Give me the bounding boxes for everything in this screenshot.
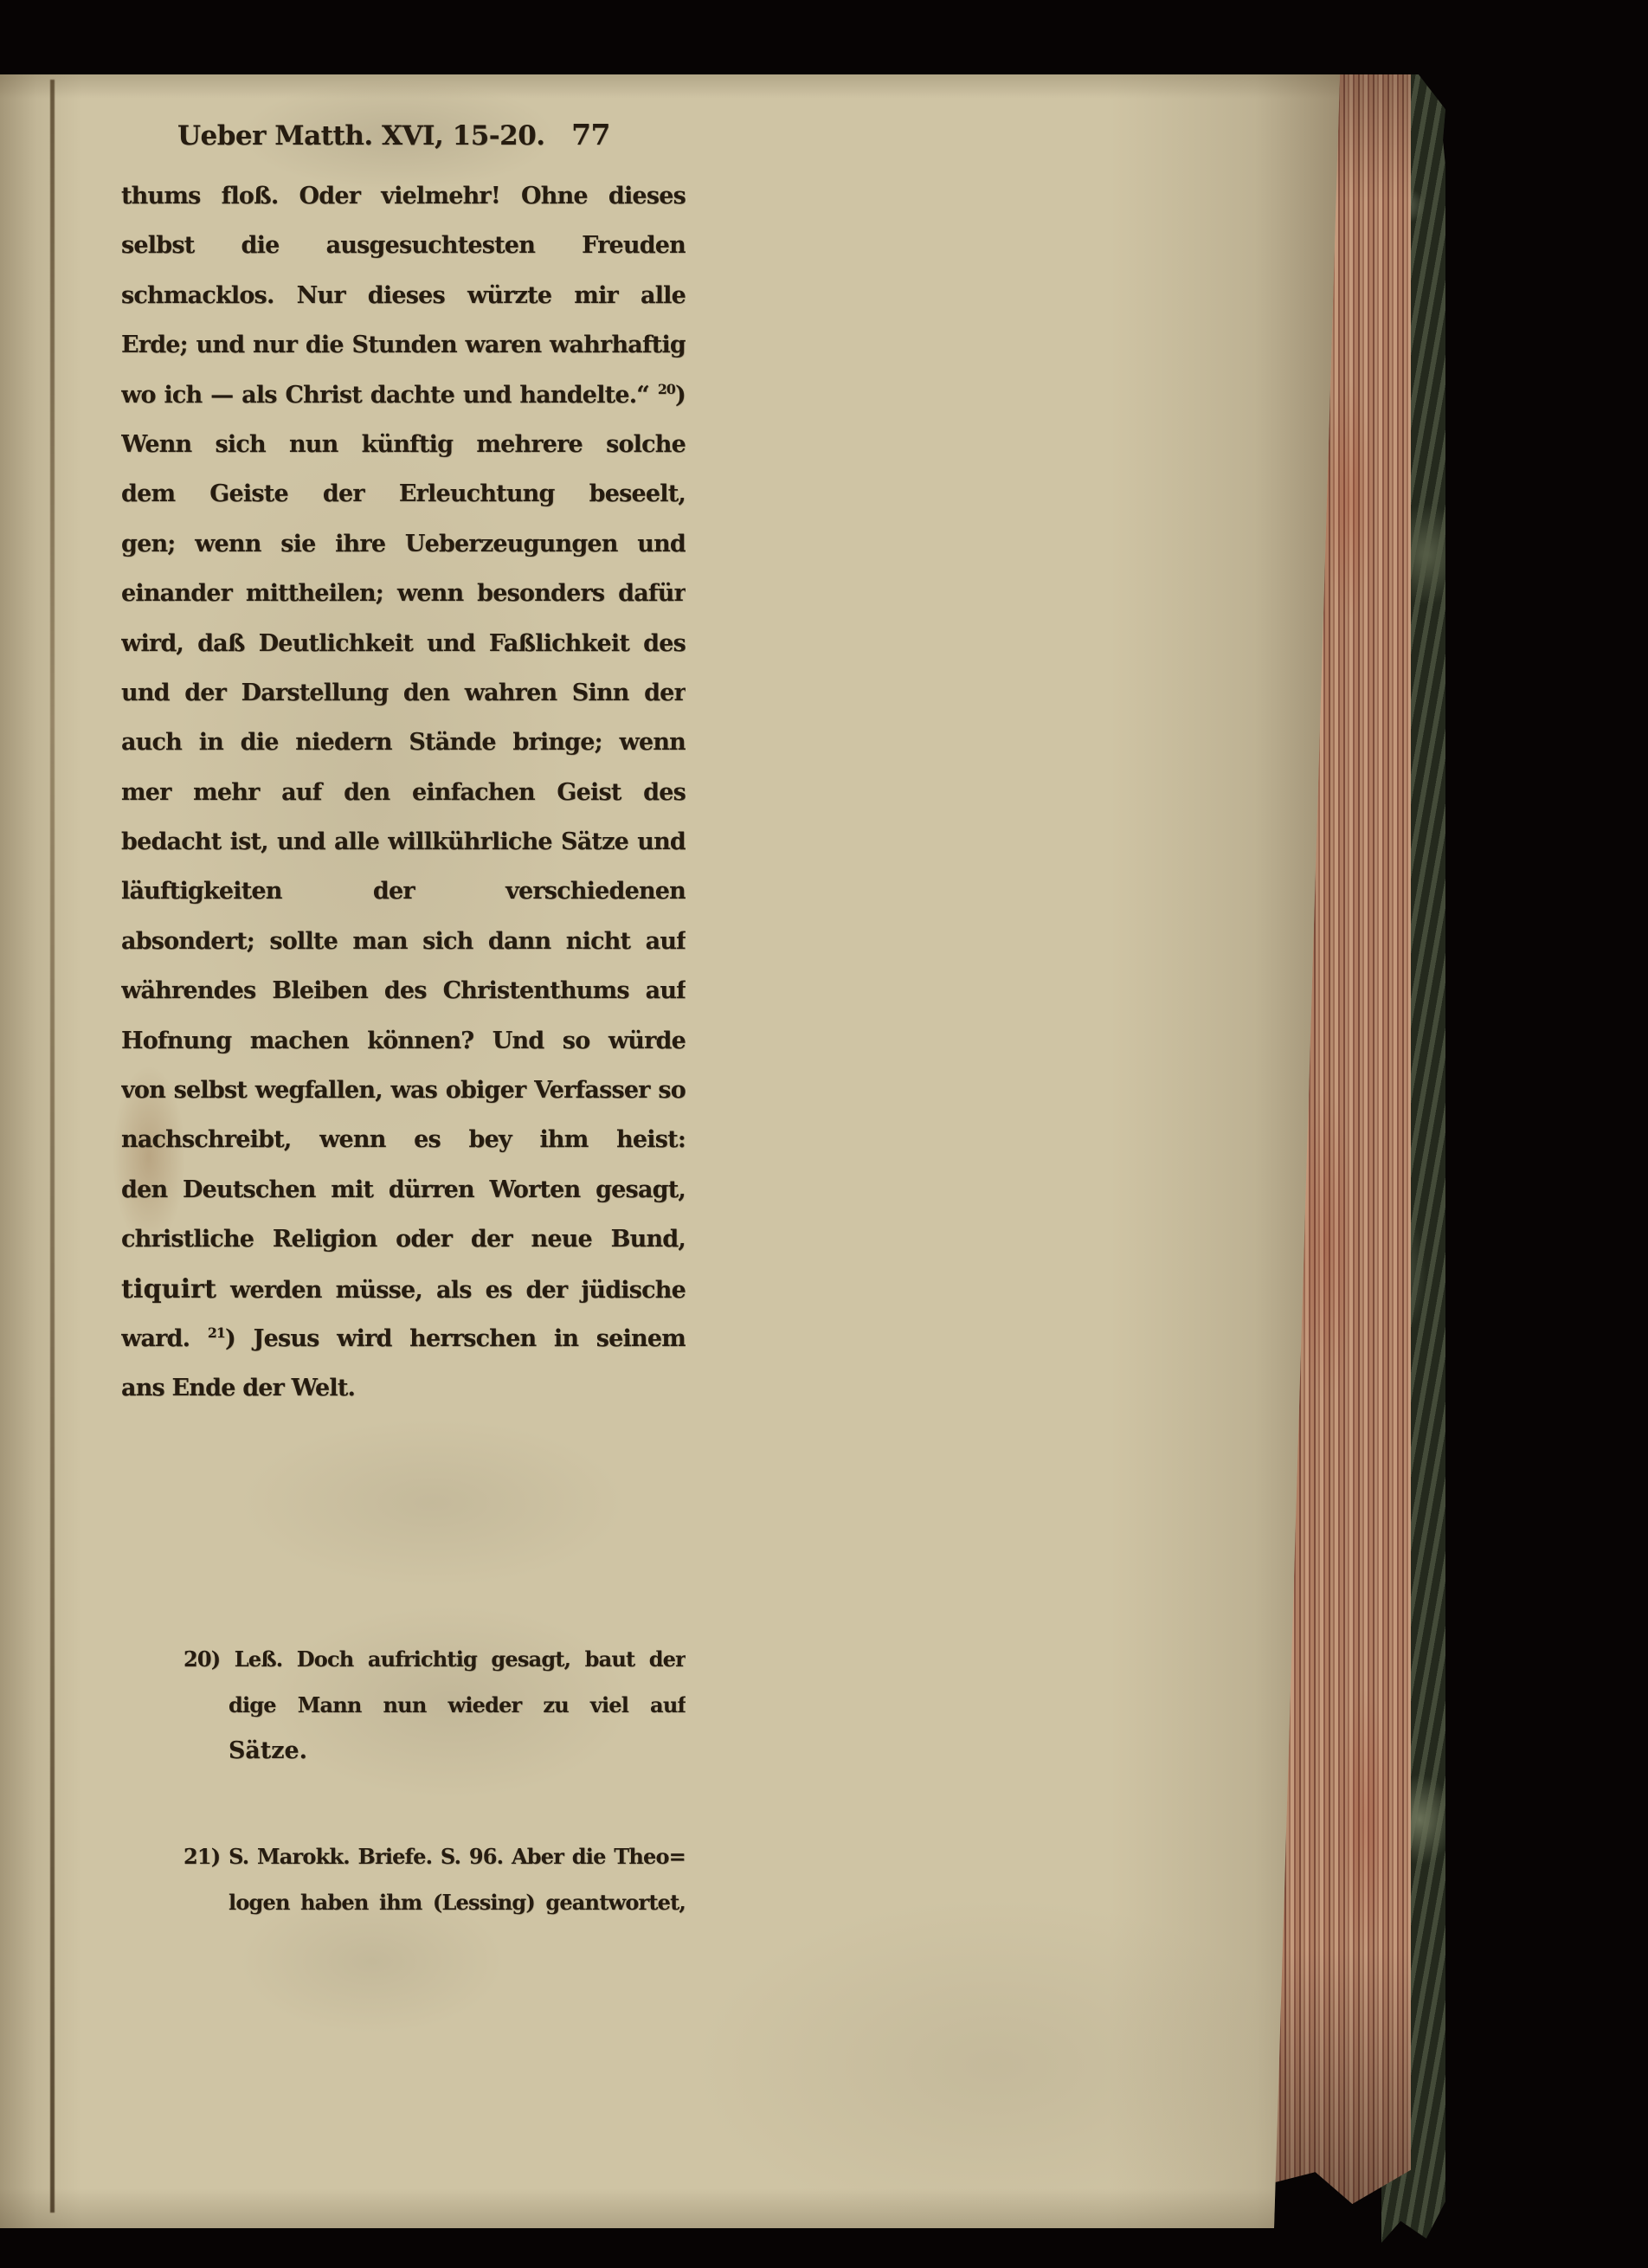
body-line: bedacht ist, und alle willkührliche Sätz…	[121, 817, 686, 867]
body-line: ans Ende der Welt.	[121, 1363, 686, 1413]
page-header: Ueber Matth. XVI, 15-20. 77	[177, 118, 610, 151]
footnote-21: 21) S. Marokk. Briefe. S. 96. Aber die T…	[183, 1833, 686, 1925]
body-line: nachschreibt, wenn es bey ihm heist: „Le…	[121, 1115, 686, 1164]
footnote-line: 21) S. Marokk. Briefe. S. 96. Aber die T…	[183, 1833, 686, 1879]
body-line: absondert; sollte man sich dann nicht au…	[121, 917, 686, 966]
scan-background: Ueber Matth. XVI, 15-20. 77 thums floß. …	[0, 0, 1648, 2268]
body-line: und der Darstellung den wahren Sinn der …	[121, 668, 686, 718]
body-line: Wenn sich nun künftig mehrere solche Män…	[121, 420, 686, 469]
body-line: ward. 21) Jesus wird herrschen in seinem…	[121, 1314, 686, 1363]
footnote-line: 20) Leß. Doch aufrichtig gesagt, baut de…	[183, 1636, 686, 1682]
footnote-marker: 21	[208, 1324, 225, 1341]
body-line: Erde; und nur die Stunden waren wahrhaft…	[121, 320, 686, 370]
body-line: thums floß. Oder vielmehr! Ohne dieses w…	[121, 171, 686, 221]
body-line: gen; wenn sie ihre Ueberzeugungen und Er…	[121, 519, 686, 569]
footnote-line: dige Mann nun wieder zu viel auf willküh…	[229, 1682, 686, 1728]
body-line: von selbst wegfallen, was obiger Verfass…	[121, 1066, 686, 1115]
body-line: wird, daß Deutlichkeit und Faßlichkeit d…	[121, 619, 686, 668]
footnote-line: logen haben ihm (Lessing) geantwortet, s…	[229, 1879, 686, 1925]
body-line: währendes Bleiben des Christenthums auf …	[121, 966, 686, 1015]
gutter-crease	[50, 80, 55, 2213]
footnote-marker: 20	[658, 381, 675, 397]
footnote-line: Sätze.	[229, 1728, 686, 1774]
body-line: auch in die niedern Stände bringe; wenn …	[121, 718, 686, 767]
body-line: einander mittheilen; wenn besonders dafü…	[121, 569, 686, 618]
footnote-20: 20) Leß. Doch aufrichtig gesagt, baut de…	[183, 1636, 686, 1774]
body-line: dem Geiste der Erleuchtung beseelt, zusa…	[121, 469, 686, 519]
body-line: läuftigkeiten der verschiedenen Kirchens…	[121, 867, 686, 916]
body-line: selbst die ausgesuchtesten Freuden schwa…	[121, 221, 686, 270]
body-text: thums floß. Oder vielmehr! Ohne dieses w…	[121, 171, 686, 1414]
body-line: wo ich — als Christ dachte und handelte.…	[121, 370, 686, 420]
body-line: Hofnung machen können? Und so würde auch…	[121, 1016, 686, 1066]
body-line: den Deutschen mit dürren Worten gesagt, …	[121, 1165, 686, 1215]
body-line: mer mehr auf den einfachen Geist des Chr…	[121, 768, 686, 817]
body-line: christliche Religion oder der neue Bund,…	[121, 1215, 686, 1264]
body-line: schmacklos. Nur dieses würzte mir alle F…	[121, 271, 686, 320]
running-title: Ueber Matth. XVI, 15-20.	[177, 120, 545, 151]
body-line: tiquirt werden müsse, als es der jüdisch…	[121, 1265, 686, 1314]
page-number: 77	[571, 118, 610, 151]
